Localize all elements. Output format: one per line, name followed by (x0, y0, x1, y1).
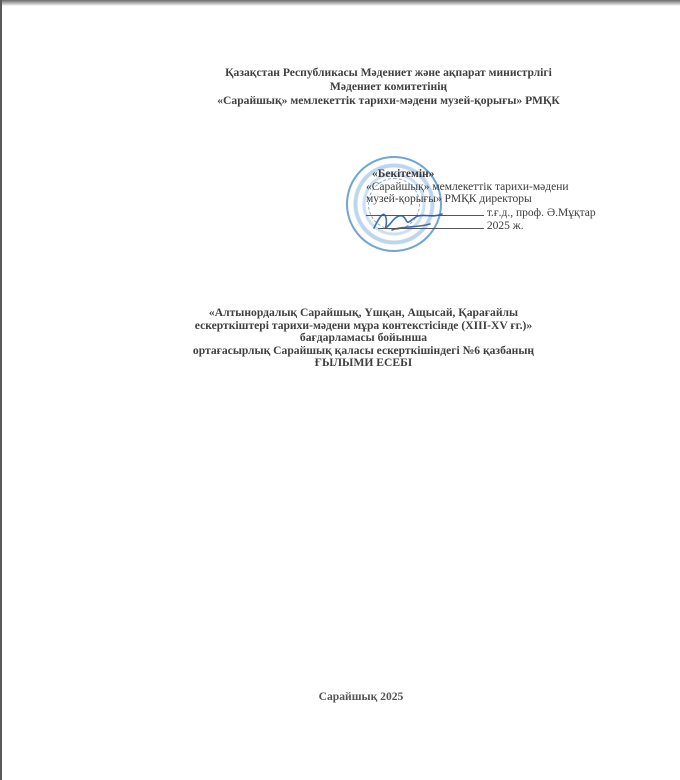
place-year: Сарайшық 2025 (2, 690, 680, 703)
title-line-5: ҒЫЛЫМИ ЕСЕБІ (2, 357, 680, 370)
header-block: Қазақстан Республикасы Мәдениет және ақп… (2, 66, 680, 108)
report-title-block: «Алтынордалық Сарайшық, Үшқан, Ащысай, Қ… (2, 307, 680, 370)
document-page: Қазақстан Республикасы Мәдениет және ақп… (2, 6, 680, 780)
approval-line-4: 2025 ж. (366, 219, 596, 233)
committee-name: Мәдениет комитетінің (2, 80, 680, 94)
director-name: т.ғ.д., проф. Ә.Мұқтар (487, 207, 596, 219)
title-line-3: бағдарламасы бойынша (2, 332, 680, 345)
approval-block: «Бекітемін» «Сарайшық» мемлекеттік тарих… (352, 156, 602, 256)
date-blank (378, 219, 484, 229)
approval-line-3: т.ғ.д., проф. Ә.Мұқтар (366, 206, 596, 220)
approval-line-2: музей-қорығы» РМҚК директоры (366, 193, 596, 206)
organization-name: «Сарайшық» мемлекеттік тарихи-мәдени муз… (2, 94, 680, 108)
approval-year: 2025 ж. (487, 220, 524, 232)
ministry-name: Қазақстан Республикасы Мәдениет және ақп… (2, 66, 680, 80)
title-line-1: «Алтынордалық Сарайшық, Үшқан, Ащысай, Қ… (2, 307, 680, 320)
approval-text: «Бекітемін» «Сарайшық» мемлекеттік тарих… (366, 168, 596, 233)
approved-label: «Бекітемін» (366, 168, 596, 181)
signature-blank (366, 206, 484, 216)
approval-line-1: «Сарайшық» мемлекеттік тарихи-мәдени (366, 181, 596, 194)
